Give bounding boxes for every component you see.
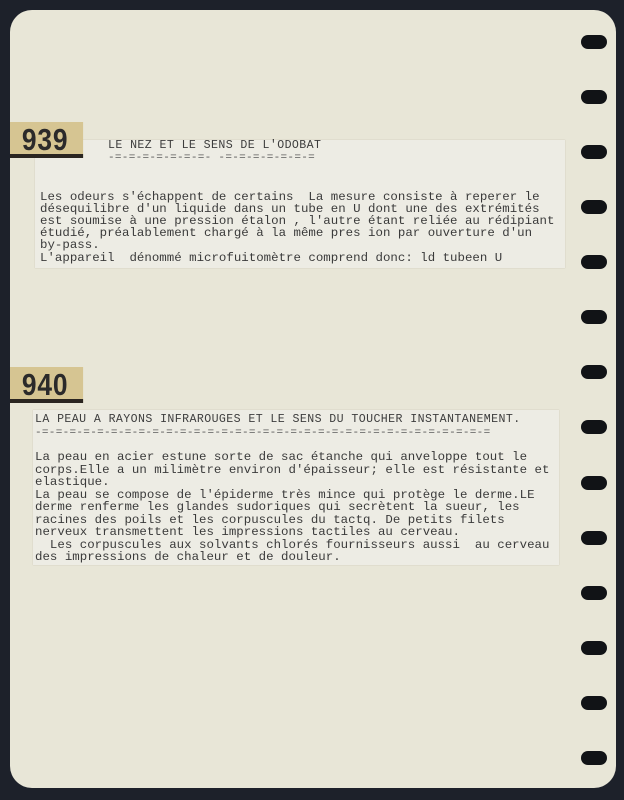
binder-hole [581,35,607,49]
body-line: elastique. [35,476,110,488]
binder-hole [581,365,607,379]
body-line: corps.Elle a un milimètre environ d'épai… [35,464,549,476]
body-line: L'appareil dénommé microfuitomètre compr… [40,252,502,264]
entry-number-label: 940 [10,367,83,403]
body-line: nerveux transmettent les impressions tac… [35,526,460,538]
binder-hole [581,310,607,324]
entry-title: LA PEAU A RAYONS INFRAROUGES ET LE SENS … [35,414,521,426]
body-line: La peau en acier estune sorte de sac éta… [35,451,527,463]
binder-hole [581,641,607,655]
binder-hole [581,476,607,490]
title-underline: -=-=-=-=-=-=-=- -=-=-=-=-=-=-= [108,152,315,164]
body-line: by-pass. [40,239,100,251]
body-line: des impressions de chaleur et de douleur… [35,551,341,563]
binder-hole [581,531,607,545]
binder-hole [581,420,607,434]
index-card [10,10,616,788]
binder-hole [581,586,607,600]
binder-hole [581,255,607,269]
binder-hole [581,200,607,214]
entry-number-label: 939 [10,122,83,158]
binder-hole [581,145,607,159]
binder-hole [581,696,607,710]
body-line: derme renferme les glandes sudoriques qu… [35,501,520,513]
entry-title: LE NEZ ET LE SENS DE L'ODOBAT [108,140,321,152]
binder-hole [581,90,607,104]
body-line: étudié, préalablement chargé à la même p… [40,227,532,239]
title-underline: -=-=-=-=-=-=-=-=-=-=-=-=-=-=-=-=-=-=-=-=… [35,427,490,439]
binder-hole [581,751,607,765]
